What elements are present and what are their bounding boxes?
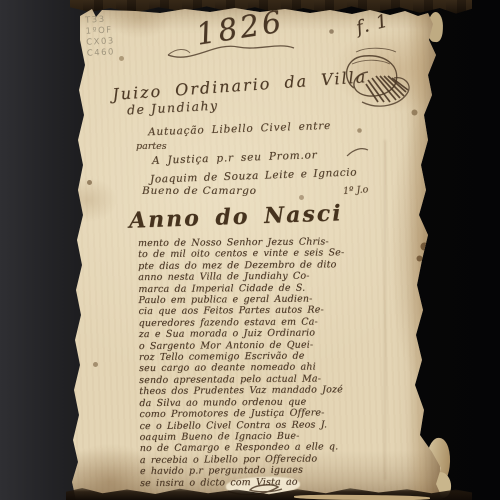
autuacao-line: partes: [136, 141, 167, 152]
autuacao-line: Autuação Libello Civel entre: [148, 120, 331, 138]
margin-tick-mark: [346, 146, 370, 158]
manuscript-page: T331ºOFCX03C460 1826 f. 1 Juizo Ordinari…: [0, 0, 500, 500]
year-underline-flourish: [162, 38, 302, 62]
pencil-mark: C460: [87, 47, 116, 59]
body-line: to de mil oito centos e vinte e seis Se-: [138, 247, 378, 261]
body-text: mento de Nosso Senhor Jezus Chris-to de …: [138, 236, 380, 489]
ink-specks: [0, 0, 3, 3]
autuacao-line: Bueno de Camargo: [142, 185, 257, 197]
folio-number: f. 1: [354, 10, 391, 38]
opening-word: Anno do Nasci: [129, 200, 343, 233]
court-heading-line1: Juizo Ordinario da Villa: [112, 67, 368, 104]
autuacao-line: A Justiça p.r seu Prom.or: [152, 149, 318, 167]
next-page-edge: [294, 494, 430, 500]
margin-note: 1º J.o: [343, 184, 369, 197]
archival-pencil-marks: T331ºOFCX03C460: [85, 14, 116, 59]
autuacao-line: Joaquim de Souza Leite e Ignacio: [150, 166, 357, 185]
manuscript-scan: T331ºOFCX03C460 1826 f. 1 Juizo Ordinari…: [0, 0, 500, 500]
vertical-crease: [384, 140, 386, 480]
